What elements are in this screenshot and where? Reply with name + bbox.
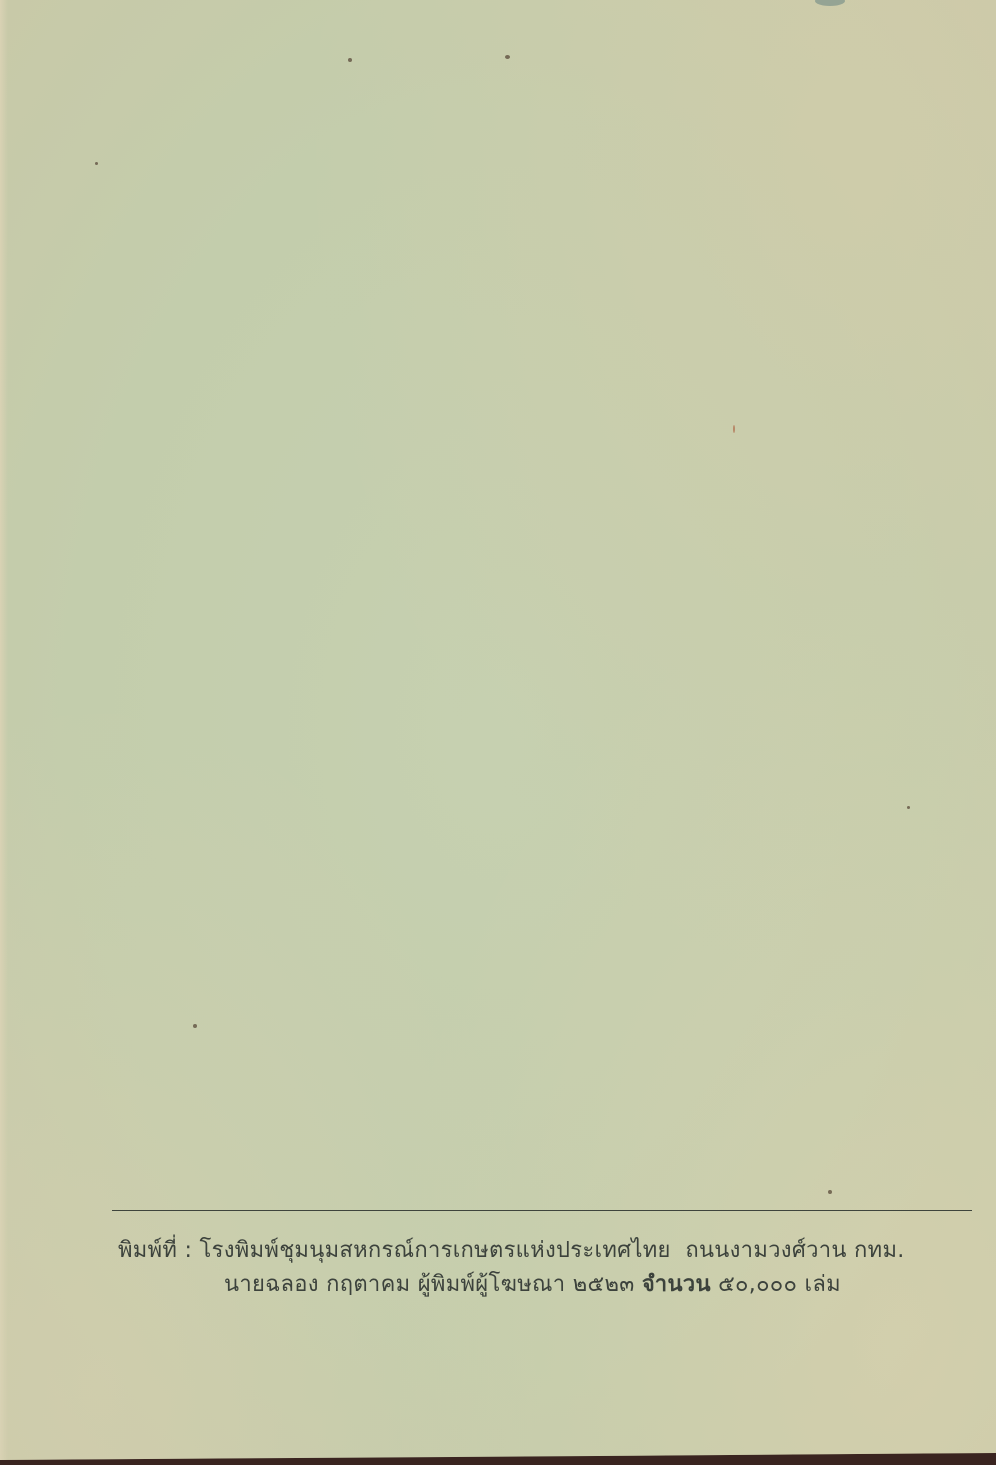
- publisher-name: นายฉลอง กฤตาคม: [224, 1272, 410, 1297]
- paper-speck: [733, 425, 735, 433]
- paper-speck: [907, 806, 910, 809]
- paper-speck: [348, 58, 352, 62]
- paper-speck: [505, 55, 510, 59]
- quantity-label: จำนวน: [642, 1272, 711, 1297]
- paper-speck: [193, 1024, 197, 1028]
- colophon: พิมพ์ที่ : โรงพิมพ์ชุมนุมสหกรณ์การเกษตรแ…: [112, 1210, 972, 1211]
- printer-address: ถนนงามวงศ์วาน กทม.: [685, 1238, 904, 1263]
- paper-speck: [95, 162, 98, 165]
- printed-at-label: พิมพ์ที่ :: [118, 1238, 192, 1263]
- publication-year: ๒๕๒๓: [573, 1272, 635, 1297]
- page-edge-wear: [0, 0, 8, 1460]
- publisher-role: ผู้พิมพ์ผู้โฆษณา: [418, 1272, 566, 1297]
- paper-speck: [828, 1190, 832, 1194]
- colophon-rule: [112, 1210, 972, 1211]
- print-quantity: ๕๐,๐๐๐: [718, 1272, 797, 1297]
- colophon-line-printer: พิมพ์ที่ : โรงพิมพ์ชุมนุมสหกรณ์การเกษตรแ…: [118, 1232, 905, 1267]
- printer-name: โรงพิมพ์ชุมนุมสหกรณ์การเกษตรแห่งประเทศไท…: [200, 1238, 671, 1263]
- colophon-line-publisher: นายฉลอง กฤตาคม ผู้พิมพ์ผู้โฆษณา ๒๕๒๓ จำน…: [224, 1266, 841, 1301]
- quantity-unit: เล่ม: [805, 1272, 841, 1297]
- stain-mark: [815, 0, 845, 6]
- back-cover-page: พิมพ์ที่ : โรงพิมพ์ชุมนุมสหกรณ์การเกษตรแ…: [0, 0, 996, 1460]
